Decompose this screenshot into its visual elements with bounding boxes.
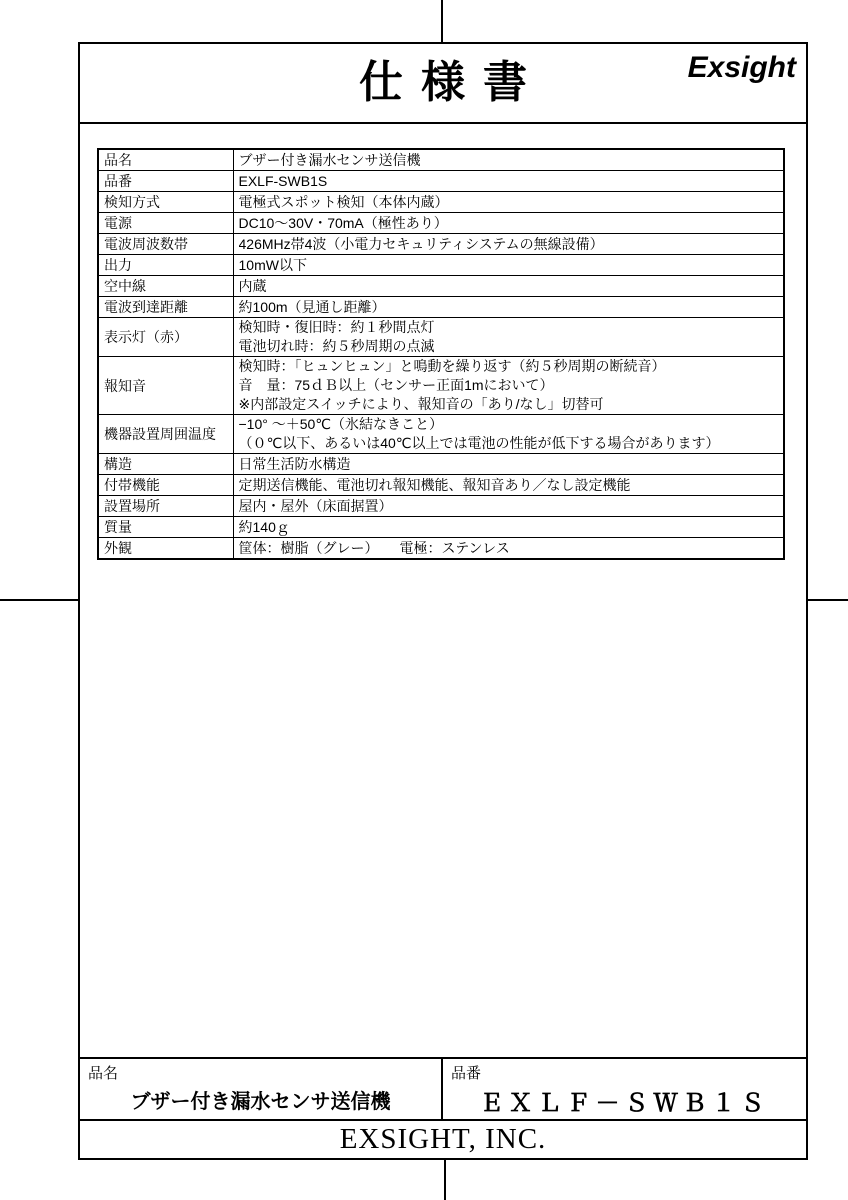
spec-row-value: 426MHz帯4波（小電力セキュリティシステムの無線設備）: [233, 234, 784, 255]
exsight-logo: Exsight: [688, 51, 796, 85]
spec-row-label: 外観: [98, 538, 233, 560]
crop-mark-right: [806, 599, 848, 601]
spec-row: 構造 日常生活防水構造: [98, 454, 784, 475]
spec-row-label: 構造: [98, 454, 233, 475]
spec-row-value: DC10～30V・70mA（極性あり）: [233, 213, 784, 234]
spec-row-label: 表示灯（赤）: [98, 318, 233, 357]
crop-mark-top: [441, 0, 443, 43]
spec-line: ※内部設定スイッチにより、報知音の「あり/なし」切替可: [239, 395, 779, 414]
spec-row-value: ブザー付き漏水センサ送信機: [233, 149, 784, 171]
spec-row: 機器設置周囲温度 −10° ～＋50℃（氷結なきこと）（０℃以下、あるいは40℃…: [98, 415, 784, 454]
spec-sheet-page: 仕様書 Exsight 品名 ブザー付き漏水センサ送信機 品番 ＥＸＬＦ－ＳＷＢ…: [0, 0, 848, 1200]
spec-row: 設置場所 屋内・屋外（床面据置）: [98, 496, 784, 517]
spec-line: 約100m（見通し距離）: [239, 298, 779, 317]
spec-line: 内蔵: [239, 277, 779, 296]
footer-product-number-cell: 品番 ＥＸＬＦ－ＳＷＢ１Ｓ: [443, 1059, 806, 1119]
spec-row: 外観 筐体：樹脂（グレー） 電極：ステンレス: [98, 538, 784, 560]
document-header: 仕様書 Exsight: [80, 44, 806, 124]
spec-row: 付帯機能 定期送信機能、電池切れ報知機能、報知音あり／なし設定機能: [98, 475, 784, 496]
footer-product-name-label: 品名: [80, 1059, 441, 1083]
spec-row-label: 機器設置周囲温度: [98, 415, 233, 454]
spec-line: 検知時・復旧時：約１秒間点灯: [239, 318, 779, 337]
spec-row-label: 電波周波数帯: [98, 234, 233, 255]
spec-row-value: 電極式スポット検知（本体内蔵）: [233, 192, 784, 213]
footer-product-name-cell: 品名 ブザー付き漏水センサ送信機: [80, 1059, 443, 1119]
spec-table: 品名 ブザー付き漏水センサ送信機 品番 EXLF-SWB1S 検知方式 電極式ス…: [97, 148, 785, 560]
spec-row: 報知音 検知時：「ヒュンヒュン」と鳴動を繰り返す（約５秒周期の断続音）音 量：7…: [98, 357, 784, 415]
spec-row-label: 品番: [98, 171, 233, 192]
spec-line: 10mW以下: [239, 256, 779, 275]
spec-line: 音 量：75ｄＢ以上（センサー正面1mにおいて）: [239, 376, 779, 395]
spec-row: 電波到達距離 約100m（見通し距離）: [98, 297, 784, 318]
spec-row: 検知方式 電極式スポット検知（本体内蔵）: [98, 192, 784, 213]
spec-row: 質量 約140ｇ: [98, 517, 784, 538]
spec-line: 電池切れ時：約５秒周期の点滅: [239, 337, 779, 356]
spec-line: 日常生活防水構造: [239, 455, 779, 474]
spec-table-body: 品名 ブザー付き漏水センサ送信機 品番 EXLF-SWB1S 検知方式 電極式ス…: [98, 149, 784, 559]
spec-line: 筐体：樹脂（グレー） 電極：ステンレス: [239, 539, 779, 558]
spec-row-value: 検知時・復旧時：約１秒間点灯電池切れ時：約５秒周期の点滅: [233, 318, 784, 357]
crop-mark-bottom: [444, 1159, 446, 1200]
spec-row: 品名 ブザー付き漏水センサ送信機: [98, 149, 784, 171]
spec-row-value: 10mW以下: [233, 255, 784, 276]
crop-mark-left: [0, 599, 79, 601]
spec-row: 出力 10mW以下: [98, 255, 784, 276]
spec-row-label: 電源: [98, 213, 233, 234]
spec-line: 検知時：「ヒュンヒュン」と鳴動を繰り返す（約５秒周期の断続音）: [239, 357, 779, 376]
spec-row-value: 日常生活防水構造: [233, 454, 784, 475]
spec-row-value: 定期送信機能、電池切れ報知機能、報知音あり／なし設定機能: [233, 475, 784, 496]
document-footer: 品名 ブザー付き漏水センサ送信機 品番 ＥＸＬＦ－ＳＷＢ１Ｓ EXSIGHT, …: [80, 1057, 806, 1158]
spec-row: 品番 EXLF-SWB1S: [98, 171, 784, 192]
footer-product-name-value: ブザー付き漏水センサ送信機: [80, 1085, 441, 1114]
spec-row-value: 屋内・屋外（床面据置）: [233, 496, 784, 517]
spec-row-value: 内蔵: [233, 276, 784, 297]
spec-line: 約140ｇ: [239, 518, 779, 537]
spec-line: 電極式スポット検知（本体内蔵）: [239, 193, 779, 212]
spec-line: 定期送信機能、電池切れ報知機能、報知音あり／なし設定機能: [239, 476, 779, 495]
spec-line: 屋内・屋外（床面据置）: [239, 497, 779, 516]
spec-row-value: 筐体：樹脂（グレー） 電極：ステンレス: [233, 538, 784, 560]
spec-line: EXLF-SWB1S: [239, 172, 779, 191]
footer-product-number-value: ＥＸＬＦ－ＳＷＢ１Ｓ: [443, 1083, 806, 1118]
spec-row-value: EXLF-SWB1S: [233, 171, 784, 192]
spec-row-label: 空中線: [98, 276, 233, 297]
spec-row-label: 品名: [98, 149, 233, 171]
spec-row: 空中線 内蔵: [98, 276, 784, 297]
spec-row: 電波周波数帯 426MHz帯4波（小電力セキュリティシステムの無線設備）: [98, 234, 784, 255]
spec-row-label: 設置場所: [98, 496, 233, 517]
spec-row-label: 電波到達距離: [98, 297, 233, 318]
spec-row-value: 検知時：「ヒュンヒュン」と鳴動を繰り返す（約５秒周期の断続音）音 量：75ｄＢ以…: [233, 357, 784, 415]
spec-row-value: −10° ～＋50℃（氷結なきこと）（０℃以下、あるいは40℃以上では電池の性能…: [233, 415, 784, 454]
spec-line: （０℃以下、あるいは40℃以上では電池の性能が低下する場合があります）: [239, 434, 779, 453]
spec-row-label: 質量: [98, 517, 233, 538]
spec-row: 電源 DC10～30V・70mA（極性あり）: [98, 213, 784, 234]
spec-line: 426MHz帯4波（小電力セキュリティシステムの無線設備）: [239, 235, 779, 254]
company-name: EXSIGHT, INC.: [80, 1121, 806, 1158]
spec-row-value: 約140ｇ: [233, 517, 784, 538]
spec-line: DC10～30V・70mA（極性あり）: [239, 214, 779, 233]
spec-line: ブザー付き漏水センサ送信機: [239, 151, 779, 170]
spec-row-value: 約100m（見通し距離）: [233, 297, 784, 318]
spec-row-label: 付帯機能: [98, 475, 233, 496]
spec-row-label: 検知方式: [98, 192, 233, 213]
footer-product-number-label: 品番: [443, 1059, 806, 1083]
spec-row-label: 出力: [98, 255, 233, 276]
spec-row-label: 報知音: [98, 357, 233, 415]
spec-line: −10° ～＋50℃（氷結なきこと）: [239, 415, 779, 434]
spec-row: 表示灯（赤） 検知時・復旧時：約１秒間点灯電池切れ時：約５秒周期の点滅: [98, 318, 784, 357]
footer-title-block: 品名 ブザー付き漏水センサ送信機 品番 ＥＸＬＦ－ＳＷＢ１Ｓ: [80, 1059, 806, 1121]
